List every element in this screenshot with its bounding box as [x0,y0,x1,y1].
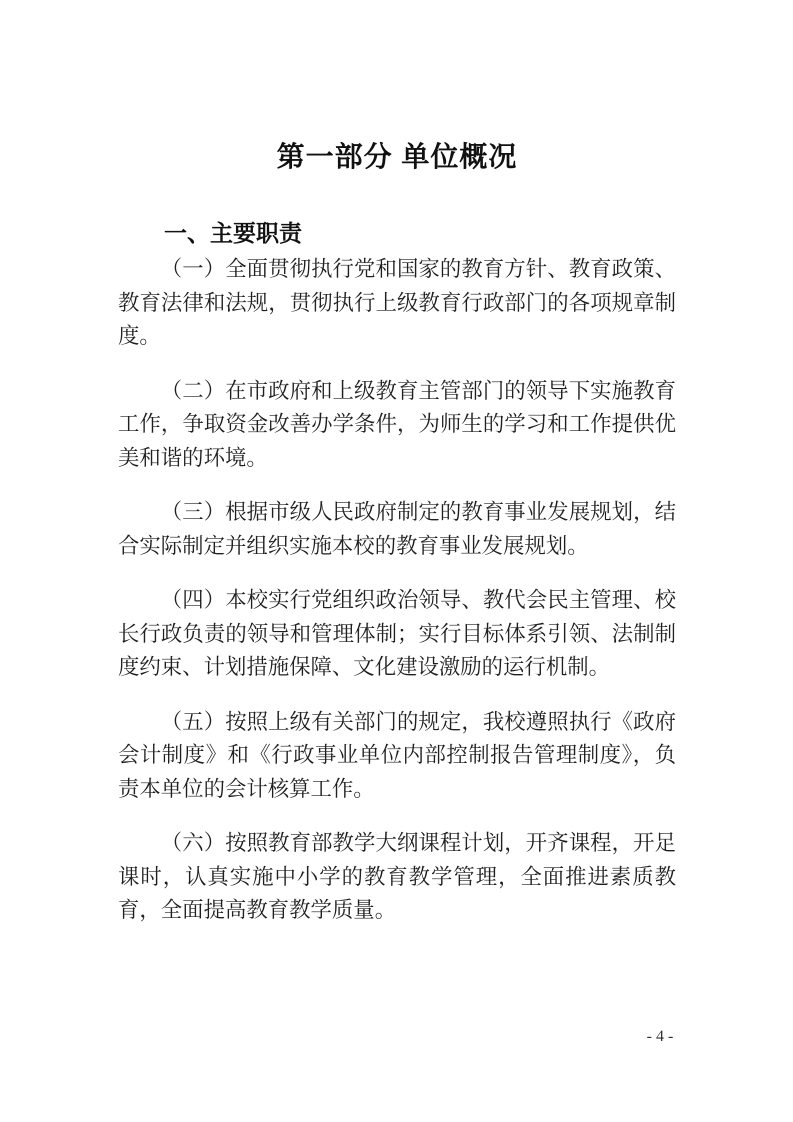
page-number: - 4 - [640,1028,680,1046]
paragraph-duty-2: （二）在市政府和上级教育主管部门的领导下实施教育工作，争取资金改善办学条件，为师… [118,375,676,476]
document-title: 第一部分 单位概况 [118,139,676,175]
section-heading-main-duties: 一、主要职责 [118,218,676,248]
paragraph-duty-4: （四）本校实行党组织政治领导、教代会民主管理、校长行政负责的领导和管理体制；实行… [118,584,676,685]
document-page: 第一部分 单位概况 一、主要职责 （一）全面贯彻执行党和国家的教育方针、教育政策… [0,0,793,1122]
paragraph-duty-6: （六）按照教育部教学大纲课程计划，开齐课程，开足课时，认真实施中小学的教育教学管… [118,827,676,928]
paragraph-duty-3: （三）根据市级人民政府制定的教育事业发展规划，结合实际制定并组织实施本校的教育事… [118,496,676,563]
paragraph-duty-5: （五）按照上级有关部门的规定，我校遵照执行《政府会计制度》和《行政事业单位内部控… [118,706,676,807]
paragraph-duty-1: （一）全面贯彻执行党和国家的教育方针、教育政策、教育法律和法规，贯彻执行上级教育… [118,253,676,354]
page-content: 第一部分 单位概况 一、主要职责 （一）全面贯彻执行党和国家的教育方针、教育政策… [118,0,676,949]
